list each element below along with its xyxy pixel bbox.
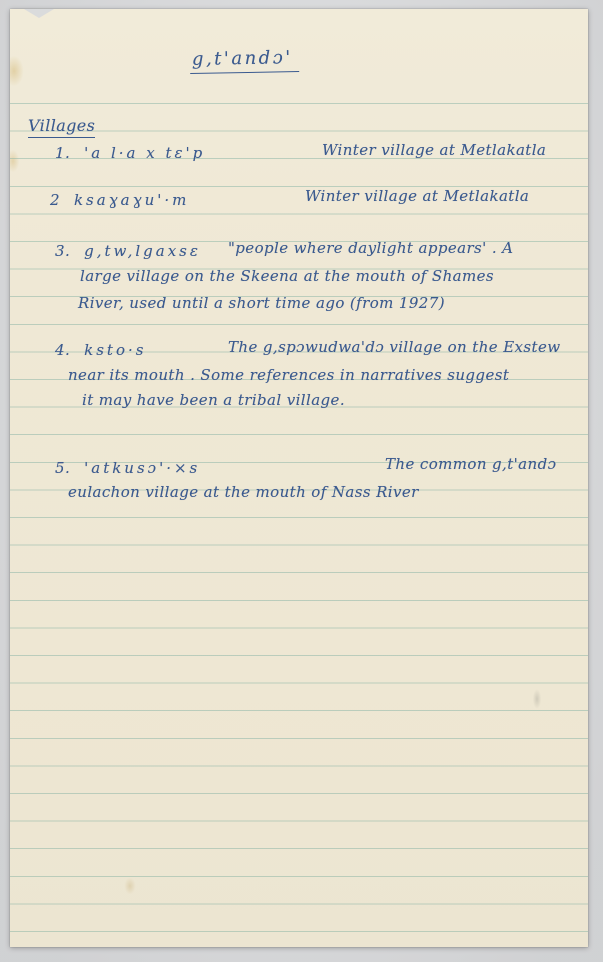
entry-5-name-line: 5.'atkusɔ'·×s bbox=[55, 458, 200, 478]
scanned-notebook-page: { "document": { "title": "g,t'andɔ'", "s… bbox=[0, 0, 603, 962]
entry-2-phonetic-name: ksaɣaɣu'·m bbox=[74, 191, 189, 209]
entry-2-note: Winter village at Metlakatla bbox=[305, 186, 529, 206]
ruled-lines bbox=[10, 103, 588, 948]
entry-1-phonetic-name: 'a l·a x tε'p bbox=[84, 144, 205, 162]
entry-4-number: 4. bbox=[55, 341, 70, 359]
entry-3-phonetic-name: g,tw,lgaxsε bbox=[84, 242, 201, 260]
entry-3-number: 3. bbox=[55, 242, 70, 260]
entry-5-note: The common g,t'andɔ bbox=[385, 454, 556, 474]
entry-4-note: The g,spɔwudwa'dɔ village on the Exstew bbox=[228, 337, 560, 357]
entry-3-name-line: 3.g,tw,lgaxsε bbox=[55, 241, 201, 261]
entry-4-name-line: 4.ksto·s bbox=[55, 340, 146, 360]
paper-sheet: g,t'andɔ' Villages 1.'a l·a x tε'p Winte… bbox=[10, 9, 588, 947]
entry-5-continuation-line-2: eulachon village at the mouth of Nass Ri… bbox=[68, 482, 419, 502]
entry-5-number: 5. bbox=[55, 459, 70, 477]
entry-2-name-line: 2ksaɣaɣu'·m bbox=[50, 190, 189, 210]
entry-4-continuation-line-3: it may have been a tribal village. bbox=[82, 390, 345, 410]
entry-1-name-line: 1.'a l·a x tε'p bbox=[55, 143, 205, 163]
entry-3-note: "people where daylight appears' . A bbox=[228, 238, 513, 258]
entry-2-number: 2 bbox=[50, 191, 60, 209]
section-heading: Villages bbox=[28, 116, 95, 138]
corner-tear bbox=[24, 9, 54, 18]
entry-4-phonetic-name: ksto·s bbox=[84, 341, 146, 359]
page-title: g,t'andɔ' bbox=[190, 48, 299, 74]
entry-5-phonetic-name: 'atkusɔ'·×s bbox=[84, 459, 200, 477]
entry-4-continuation-line-2: near its mouth . Some references in narr… bbox=[68, 365, 509, 385]
entry-3-continuation-line-3: River, used until a short time ago (from… bbox=[78, 293, 445, 313]
entry-1-number: 1. bbox=[55, 144, 70, 162]
entry-3-continuation-line-2: large village on the Skeena at the mouth… bbox=[80, 266, 494, 286]
entry-1-note: Winter village at Metlakatla bbox=[322, 140, 546, 160]
